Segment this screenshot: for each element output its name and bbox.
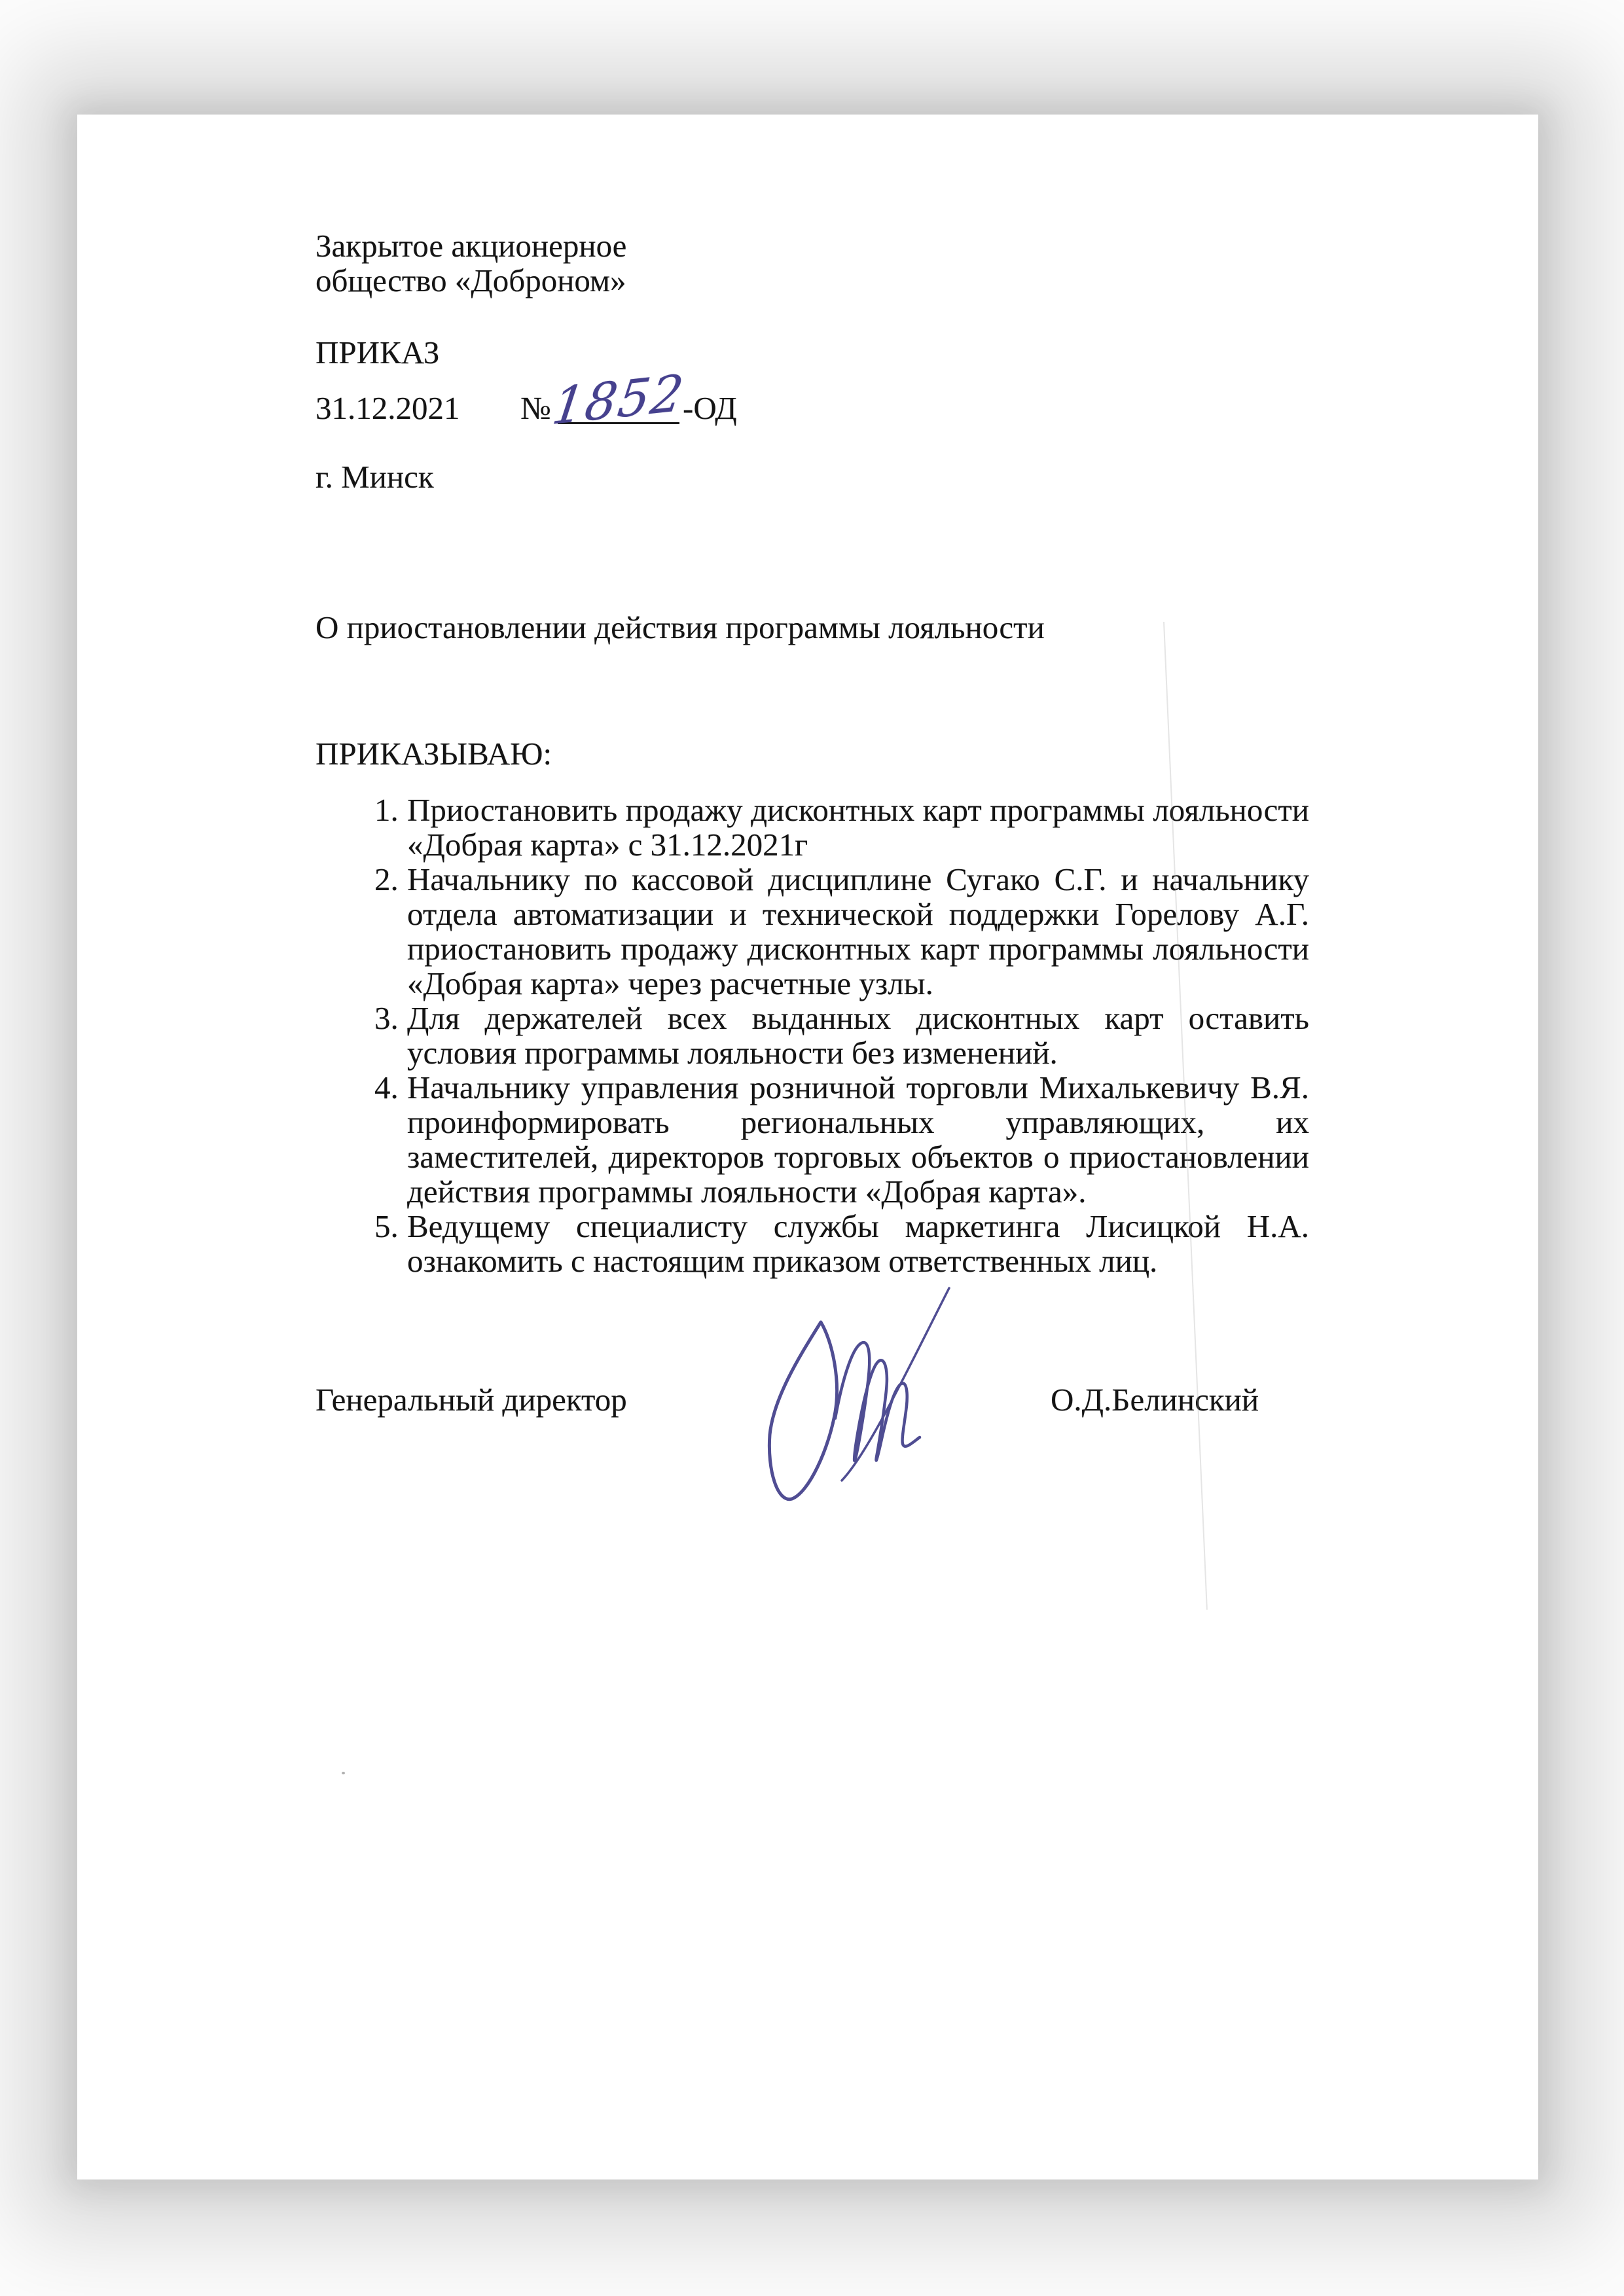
item-number: 1. <box>374 793 407 862</box>
directive-heading: ПРИКАЗЫВАЮ: <box>316 736 552 771</box>
handwritten-signature <box>758 1278 954 1507</box>
document-date: 31.12.2021 <box>316 391 460 425</box>
order-item-4: 4. Начальнику управления розничной торго… <box>374 1070 1309 1209</box>
organization-name: Закрытое акционерное общество «Доброном» <box>316 228 626 298</box>
item-text: Начальнику управления розничной торговли… <box>407 1070 1309 1209</box>
order-item-1: 1. Приостановить продажу дисконтных карт… <box>374 793 1309 862</box>
order-items-list: 1. Приостановить продажу дисконтных карт… <box>374 793 1309 1278</box>
item-number: 2. <box>374 862 407 1001</box>
item-number: 4. <box>374 1070 407 1209</box>
document-subject: О приостановлении действия программы лоя… <box>316 610 1045 645</box>
item-number: 3. <box>374 1001 407 1070</box>
scan-speck-artifact <box>342 1772 345 1774</box>
order-item-2: 2. Начальнику по кассовой дисциплине Суг… <box>374 862 1309 1001</box>
scan-background: Закрытое акционерное общество «Доброном»… <box>0 0 1624 2296</box>
item-number: 5. <box>374 1209 407 1278</box>
handwritten-order-number: 1852 <box>549 368 687 432</box>
number-suffix: -ОД <box>683 391 737 425</box>
item-text: Начальнику по кассовой дисциплине Сугако… <box>407 862 1309 1001</box>
number-sign: № <box>520 391 551 425</box>
signer-name: О.Д.Белинский <box>1051 1382 1259 1417</box>
signer-position: Генеральный директор <box>316 1382 627 1417</box>
item-text: Для держателей всех выданных дисконтных … <box>407 1001 1309 1070</box>
document-page: Закрытое акционерное общество «Доброном»… <box>77 115 1538 2179</box>
order-item-3: 3. Для держателей всех выданных дисконтн… <box>374 1001 1309 1070</box>
document-type-heading: ПРИКАЗ <box>316 335 439 370</box>
order-item-5: 5. Ведущему специалисту службы маркетинг… <box>374 1209 1309 1278</box>
city-label: г. Минск <box>316 459 434 494</box>
item-text: Ведущему специалисту службы маркетинга Л… <box>407 1209 1309 1278</box>
